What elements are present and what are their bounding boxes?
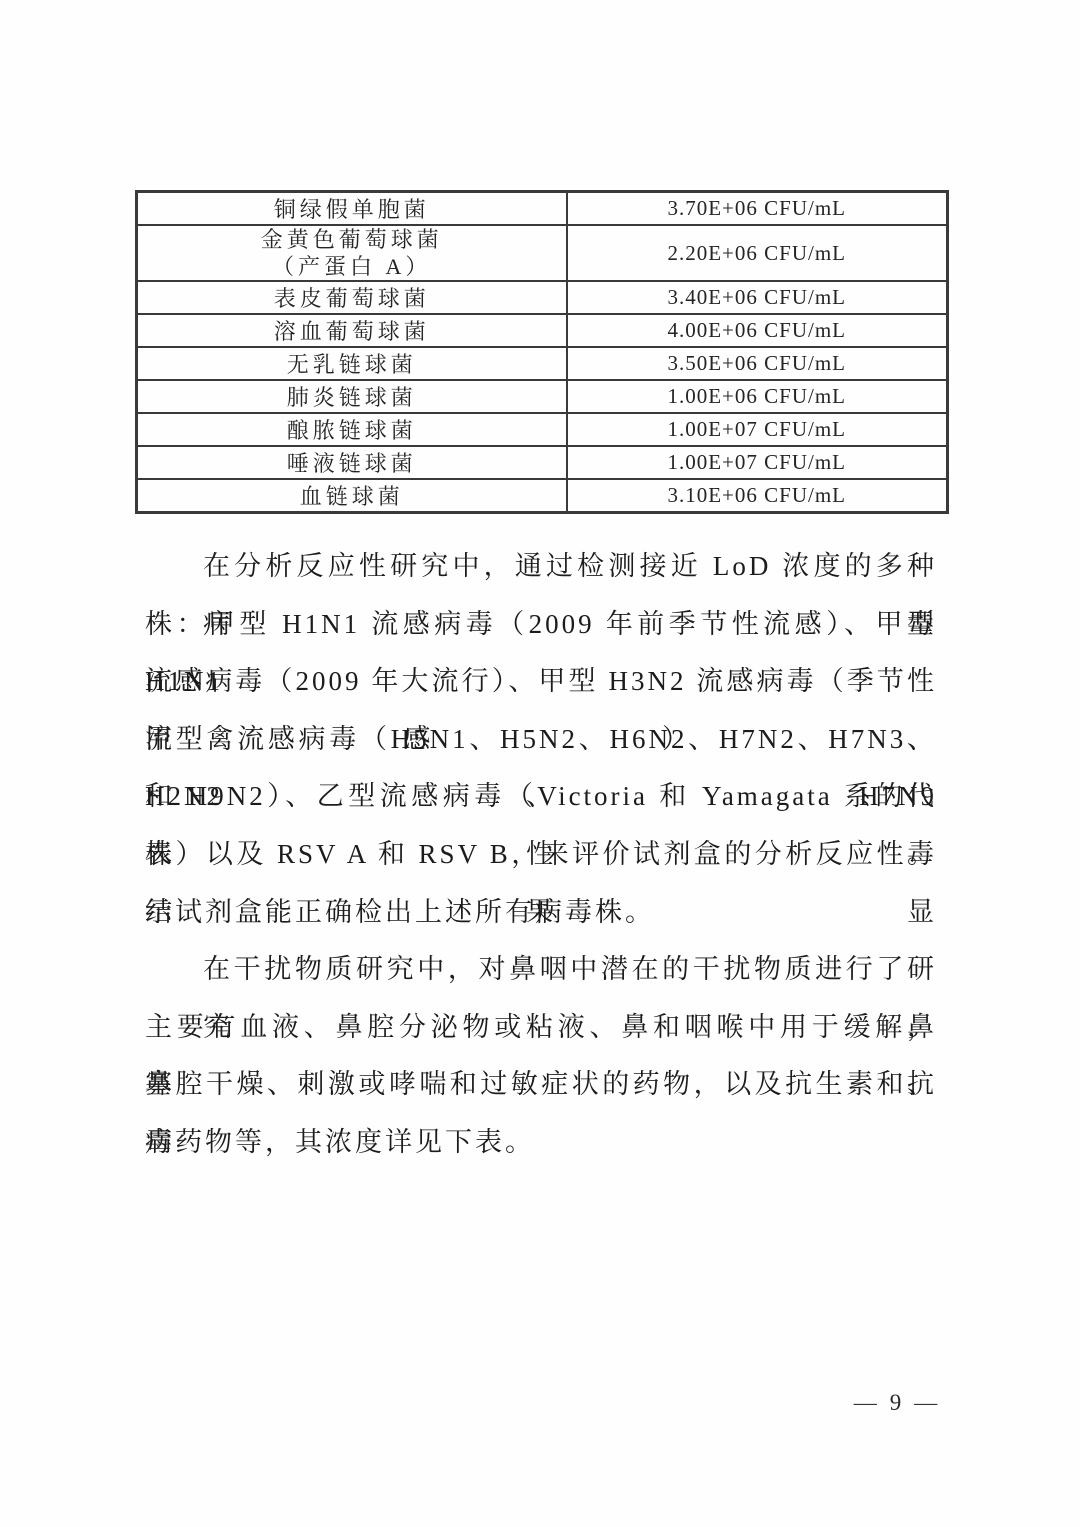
concentration-cell: 1.00E+07 CFU/mL <box>567 413 948 446</box>
analyte-name-cell: 铜绿假单胞菌 <box>137 192 567 226</box>
analyte-name-cell: 酿脓链球菌 <box>137 413 567 446</box>
concentration-cell: 3.40E+06 CFU/mL <box>567 281 948 314</box>
text-line: 鼻腔干燥、刺激或哮喘和过敏症状的药物，以及抗生素和抗病 <box>145 1056 937 1114</box>
concentration-cell: 4.00E+06 CFU/mL <box>567 314 948 347</box>
analyte-name-cell: 无乳链球菌 <box>137 347 567 380</box>
page-number-dash-right: — <box>914 1390 937 1415</box>
text-line: 主要有血液、鼻腔分泌物或粘液、鼻和咽喉中用于缓解鼻塞、 <box>145 999 937 1057</box>
table-row: 肺炎链球菌 1.00E+06 CFU/mL <box>137 380 948 413</box>
text-line: 株）以及 RSV A 和 RSV B，来评价试剂盒的分析反应性。结果显 <box>145 826 937 884</box>
analyte-name-cell: 肺炎链球菌 <box>137 380 567 413</box>
text-line: 在干扰物质研究中，对鼻咽中潜在的干扰物质进行了研究， <box>145 941 937 999</box>
body-text: 在分析反应性研究中，通过检测接近 LoD 浓度的多种病毒 株：甲型 H1N1 流… <box>145 538 937 1172</box>
text-line: 株：甲型 H1N1 流感病毒（2009 年前季节性流感）、甲型 H1N1 <box>145 596 937 654</box>
text-line: 和 H9N2）、乙型流感病毒（Victoria 和 Yamagata 系的代表性… <box>145 768 937 826</box>
document-page: 铜绿假单胞菌 3.70E+06 CFU/mL 金黄色葡萄球菌 （产蛋白 A） 2… <box>0 0 1080 1527</box>
page-number-value: 9 <box>890 1390 902 1415</box>
analyte-name-line2: （产蛋白 A） <box>138 253 566 280</box>
concentration-cell: 1.00E+07 CFU/mL <box>567 446 948 479</box>
concentration-cell: 3.70E+06 CFU/mL <box>567 192 948 226</box>
table-row: 血链球菌 3.10E+06 CFU/mL <box>137 479 948 513</box>
analyte-name-cell: 唾液链球菌 <box>137 446 567 479</box>
table-row: 酿脓链球菌 1.00E+07 CFU/mL <box>137 413 948 446</box>
text-line: 毒药物等，其浓度详见下表。 <box>145 1114 937 1172</box>
table-row: 铜绿假单胞菌 3.70E+06 CFU/mL <box>137 192 948 226</box>
page-number: —9— <box>833 1390 958 1416</box>
table-row: 唾液链球菌 1.00E+07 CFU/mL <box>137 446 948 479</box>
analyte-name-cell: 金黄色葡萄球菌 （产蛋白 A） <box>137 225 567 281</box>
text-line: 流感病毒（2009 年大流行）、甲型 H3N2 流感病毒（季节性流感）、 <box>145 653 937 711</box>
analyte-name-cell: 表皮葡萄球菌 <box>137 281 567 314</box>
concentration-cell: 3.10E+06 CFU/mL <box>567 479 948 513</box>
analyte-concentration-table: 铜绿假单胞菌 3.70E+06 CFU/mL 金黄色葡萄球菌 （产蛋白 A） 2… <box>135 190 949 514</box>
analyte-name-cell: 溶血葡萄球菌 <box>137 314 567 347</box>
page-number-dash-left: — <box>854 1390 877 1415</box>
table-row: 无乳链球菌 3.50E+06 CFU/mL <box>137 347 948 380</box>
analyte-name-cell: 血链球菌 <box>137 479 567 513</box>
text-line: 甲型禽流感病毒（H5N1、H5N2、H6N2、H7N2、H7N3、H2N2、H7… <box>145 711 937 769</box>
table-row: 溶血葡萄球菌 4.00E+06 CFU/mL <box>137 314 948 347</box>
analyte-name-line1: 金黄色葡萄球菌 <box>138 226 566 253</box>
table-row: 表皮葡萄球菌 3.40E+06 CFU/mL <box>137 281 948 314</box>
table-row: 金黄色葡萄球菌 （产蛋白 A） 2.20E+06 CFU/mL <box>137 225 948 281</box>
concentration-cell: 2.20E+06 CFU/mL <box>567 225 948 281</box>
text-line: 在分析反应性研究中，通过检测接近 LoD 浓度的多种病毒 <box>145 538 937 596</box>
concentration-cell: 3.50E+06 CFU/mL <box>567 347 948 380</box>
concentration-cell: 1.00E+06 CFU/mL <box>567 380 948 413</box>
